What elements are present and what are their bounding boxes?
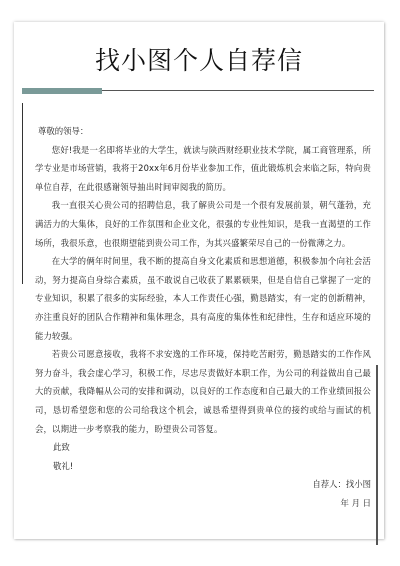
- left-decorative-line: [22, 103, 23, 284]
- title-divider-line: [102, 90, 374, 92]
- paragraph-university-experience: 在大学的俩年时间里，我不断的提高自身文化素质和思想道德，积极参加个向社会活动，努…: [35, 252, 371, 345]
- right-decorative-line: [376, 365, 378, 545]
- paragraph-intro: 您好!我是一名即将毕业的大学生，就读与陕西财经职业技术学院，属工商管理系，所学专…: [35, 141, 371, 197]
- date-line: 年 月 日: [35, 494, 371, 513]
- salutation: 尊敬的领导：: [35, 122, 371, 141]
- document-title: 找小图个人自荐信: [14, 46, 384, 76]
- closing-line-1: 此致: [35, 438, 371, 457]
- title-accent-bar: [22, 88, 102, 94]
- document-page: 找小图个人自荐信 尊敬的领导： 您好!我是一名即将毕业的大学生，就读与陕西财经职…: [14, 22, 384, 539]
- paragraph-commitment: 若贵公司愿意接收，我将不求安逸的工作环境，保持吃苦耐劳，勤恳踏实的工作作风努力奋…: [35, 345, 371, 438]
- closing-line-2: 敬礼!: [35, 457, 371, 476]
- letter-body: 尊敬的领导： 您好!我是一名即将毕业的大学生，就读与陕西财经职业技术学院，属工商…: [35, 122, 371, 512]
- signature: 自荐人：找小图: [35, 475, 371, 494]
- paragraph-company-interest: 我一直很关心贵公司的招聘信息，我了解贵公司是一个很有发展前景，朝气蓬勃，充满活力…: [35, 196, 371, 252]
